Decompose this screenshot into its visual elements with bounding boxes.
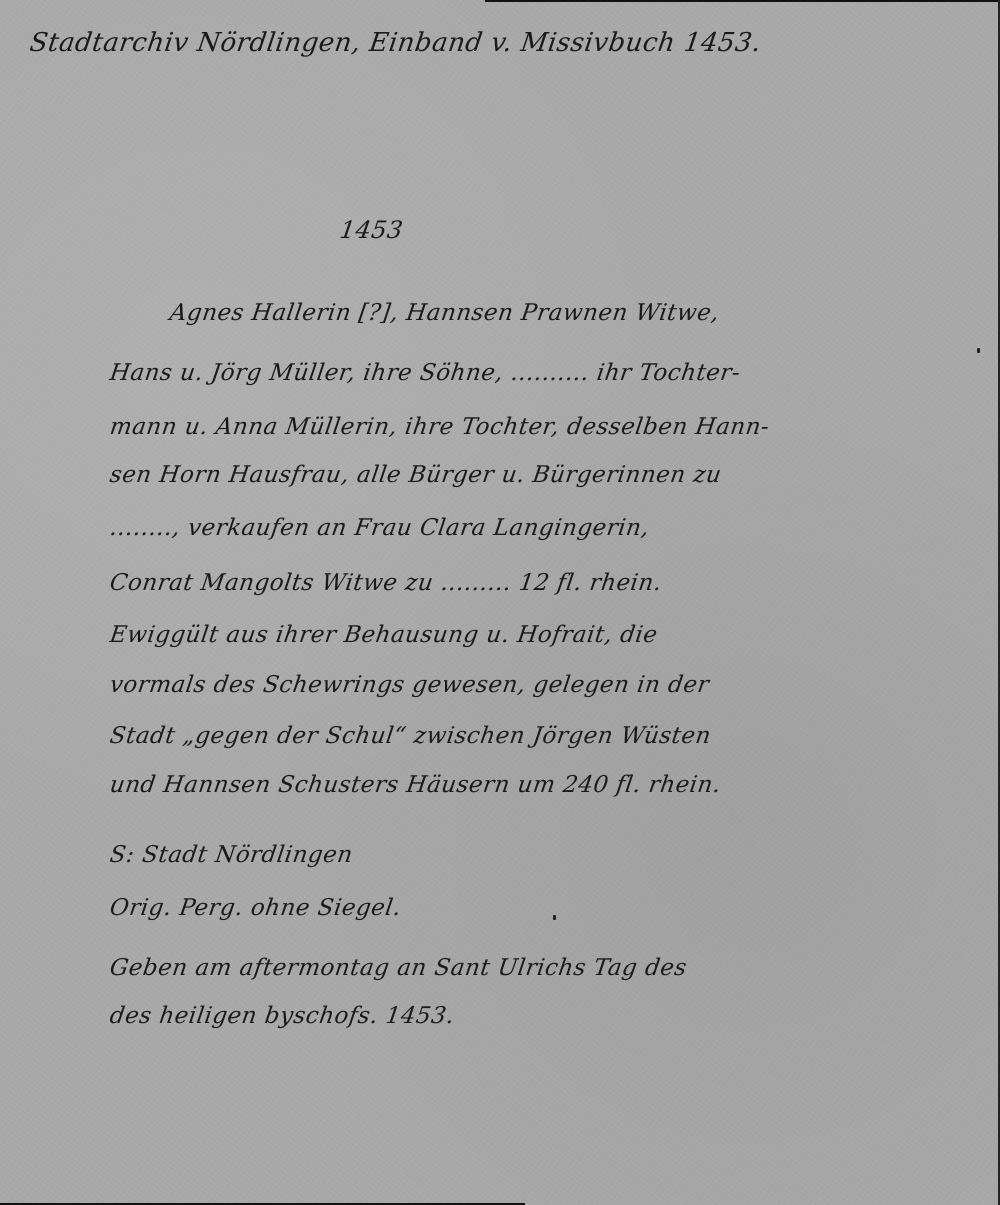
body-line: Hans u. Jörg Müller, ihre Söhne, .......… <box>108 360 742 386</box>
seal-line: S: Stadt Nördlingen <box>108 842 354 868</box>
dating-line: des heiligen byschofs. 1453. <box>108 1003 456 1029</box>
scanned-document-page: Stadtarchiv Nördlingen, Einband v. Missi… <box>0 0 1000 1205</box>
seal-line: Orig. Perg. ohne Siegel. <box>108 895 403 921</box>
body-line: ........, verkaufen an Frau Clara Langin… <box>108 515 651 541</box>
body-line: Ewiggült aus ihrer Behausung u. Hofrait,… <box>108 622 659 648</box>
body-line: Conrat Mangolts Witwe zu ......... 12 fl… <box>108 570 663 596</box>
paper-speck <box>977 348 980 353</box>
body-line: und Hannsen Schusters Häusern um 240 fl.… <box>108 772 722 798</box>
dating-line: Geben am aftermontag an Sant Ulrichs Tag… <box>108 955 688 981</box>
scan-edge-top <box>485 0 1000 2</box>
body-line: sen Horn Hausfrau, alle Bürger u. Bürger… <box>108 462 723 488</box>
body-line: Stadt „gegen der Schul“ zwischen Jörgen … <box>108 723 713 749</box>
paper-speck <box>553 915 556 920</box>
document-header: Stadtarchiv Nördlingen, Einband v. Missi… <box>28 28 763 58</box>
body-line: vormals des Schewrings gewesen, gelegen … <box>108 672 711 698</box>
body-line: Agnes Hallerin [?], Hannsen Prawnen Witw… <box>168 300 721 326</box>
body-line: mann u. Anna Müllerin, ihre Tochter, des… <box>108 414 771 440</box>
document-year: 1453 <box>338 216 405 244</box>
